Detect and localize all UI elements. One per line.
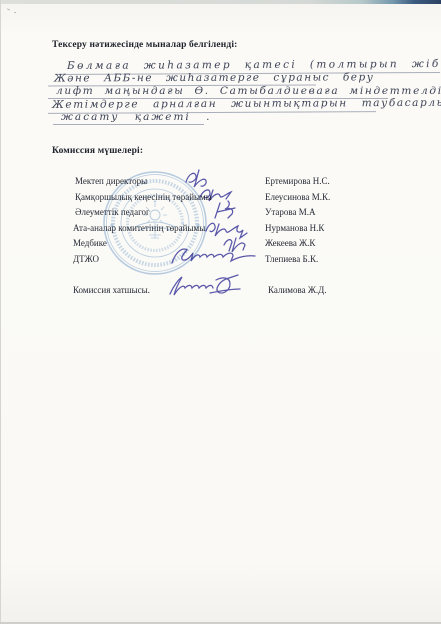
member-row: Мектеп директоры Ертемирова Н.С. — [52, 174, 402, 190]
handwritten-line-5: жасату қажеті . — [53, 111, 204, 125]
scan-speck — [7, 8, 10, 10]
commission-heading: Комиссия мүшелері: — [52, 146, 143, 156]
member-name: Утарова М.А — [265, 207, 316, 217]
scan-edge-left — [0, 0, 1, 624]
member-name: Тлепиева Б.К. — [265, 254, 318, 264]
member-row: Ата-аналар комитетінің төрайымы Нурманов… — [52, 221, 402, 237]
member-role: ДТЖО — [73, 254, 99, 264]
member-role: Ата-аналар комитетінің төрайымы — [73, 223, 205, 233]
member-name: Нурманова Н.К — [265, 223, 324, 233]
results-heading: Тексеру нәтижесінде мыналар белгіленді: — [52, 40, 237, 50]
member-role: Әлеуметтік педагог — [75, 207, 150, 217]
secretary-name: Калимова Ж.Д. — [268, 285, 327, 295]
commission-members-list: Мектеп директоры Ертемирова Н.С. Қамқорш… — [52, 174, 402, 267]
member-row: Қамқоршылық кеңесінің төрайымы Елеусинов… — [52, 190, 402, 206]
member-row: Медбике Жекеева Ж.К — [52, 236, 402, 252]
member-role: Медбике — [73, 238, 107, 248]
scanned-document-page: { "page": { "heading_results": "Тексеру … — [0, 0, 441, 624]
member-role: Мектеп директоры — [75, 176, 147, 186]
member-role: Қамқоршылық кеңесінің төрайымы — [75, 192, 212, 202]
member-name: Жекеева Ж.К — [265, 238, 315, 248]
scan-edge-top — [0, 0, 441, 4]
member-row: Әлеуметтік педагог Утарова М.А — [52, 205, 402, 221]
secretary-role: Комиссия хатшысы. — [73, 285, 150, 295]
scan-speck — [14, 12, 16, 13]
member-row: ДТЖО Тлепиева Б.К. — [52, 252, 402, 268]
member-name: Ертемирова Н.С. — [265, 176, 330, 186]
secretary-row: Комиссия хатшысы. Калимова Ж.Д. — [52, 283, 402, 299]
member-name: Елеусинова М.К. — [265, 192, 330, 202]
